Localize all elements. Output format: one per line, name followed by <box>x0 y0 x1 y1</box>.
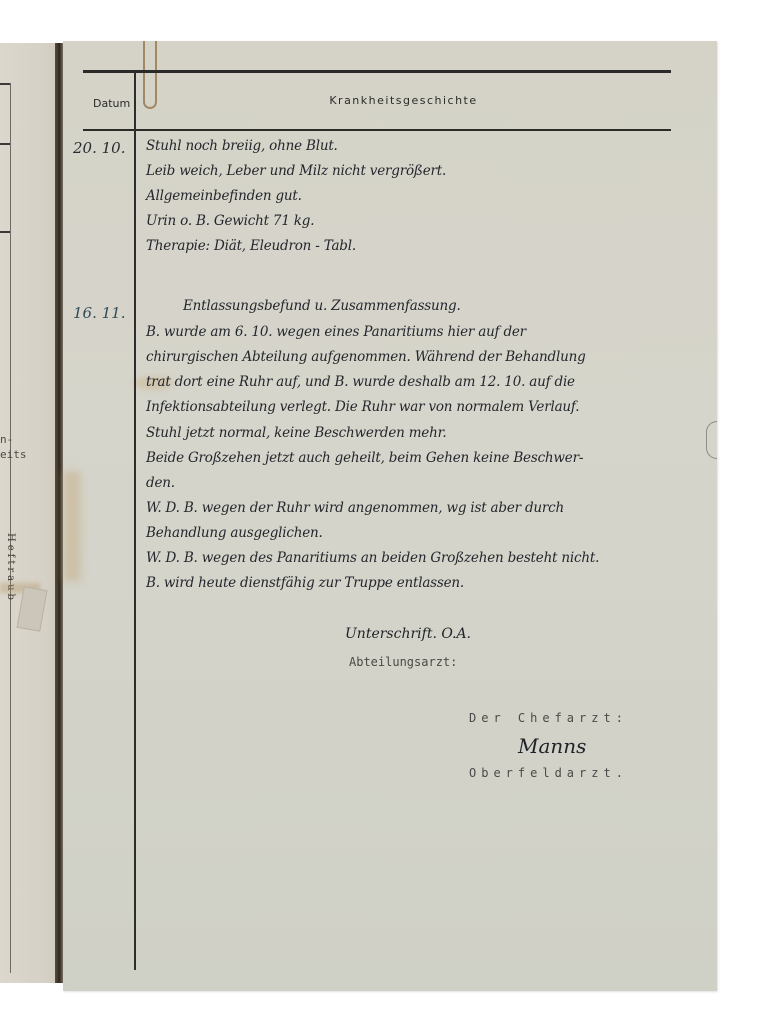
left-page-rule <box>10 83 11 973</box>
header-bottom-rule <box>83 129 671 131</box>
left-page-fragment: eits <box>0 448 27 461</box>
stain <box>63 471 81 581</box>
left-underlying-page: n- eits Heftraub <box>0 43 62 983</box>
left-page-fragment: n- <box>0 433 13 446</box>
column-divider <box>134 70 136 970</box>
entry-line: Stuhl jetzt normal, keine Beschwerden me… <box>146 425 446 441</box>
entry-date: 16. 11. <box>73 304 125 322</box>
department-doctor-signature: Unterschrift. O.A. <box>345 626 471 642</box>
entry-date: 20. 10. <box>73 139 125 157</box>
entry-line: Leib weich, Leber und Milz nicht vergröß… <box>146 163 446 179</box>
entry-line: B. wird heute dienstfähig zur Truppe ent… <box>146 575 464 591</box>
entry-line: chirurgischen Abteilung aufgenommen. Wäh… <box>146 349 586 365</box>
entry-line: trat dort eine Ruhr auf, und B. wurde de… <box>146 374 575 390</box>
entry-line: Behandlung ausgeglichen. <box>146 525 323 541</box>
entry-line: B. wurde am 6. 10. wegen eines Panaritiu… <box>146 324 526 340</box>
entry-line: W. D. B. wegen der Ruhr wird angenommen,… <box>146 500 564 516</box>
page-title: Krankheitsgeschichte <box>136 94 671 107</box>
chief-doctor-signature: Manns <box>518 734 586 758</box>
entry-line: den. <box>146 475 175 491</box>
chief-doctor-title: Der Chefarzt: <box>469 711 628 725</box>
department-doctor-label: Abteilungsarzt: <box>349 655 457 669</box>
entry-line: W. D. B. wegen des Panaritiums an beiden… <box>146 550 599 566</box>
left-page-line <box>0 143 10 145</box>
chief-doctor-rank: Oberfeldarzt. <box>469 766 628 780</box>
paper-tab <box>17 586 48 632</box>
punch-hole <box>706 421 717 459</box>
entry-line: Beide Großzehen jetzt auch geheilt, beim… <box>146 450 583 466</box>
entry-heading: Entlassungsbefund u. Zusammenfassung. <box>183 298 461 314</box>
entry-line: Allgemeinbefinden gut. <box>146 188 302 204</box>
header-top-rule <box>83 70 671 73</box>
entry-line: Stuhl noch breiig, ohne Blut. <box>146 138 338 154</box>
date-column-header: Datum <box>93 97 130 110</box>
entry-line: Urin o. B. Gewicht 71 kg. <box>146 213 314 229</box>
left-page-line <box>0 231 10 233</box>
entry-line: Therapie: Diät, Eleudron - Tabl. <box>146 238 356 254</box>
entry-line: Infektionsabteilung verlegt. Die Ruhr wa… <box>146 399 579 415</box>
medical-record-page: Datum Krankheitsgeschichte 20. 10. Stuhl… <box>63 41 717 991</box>
left-page-line <box>0 83 10 85</box>
